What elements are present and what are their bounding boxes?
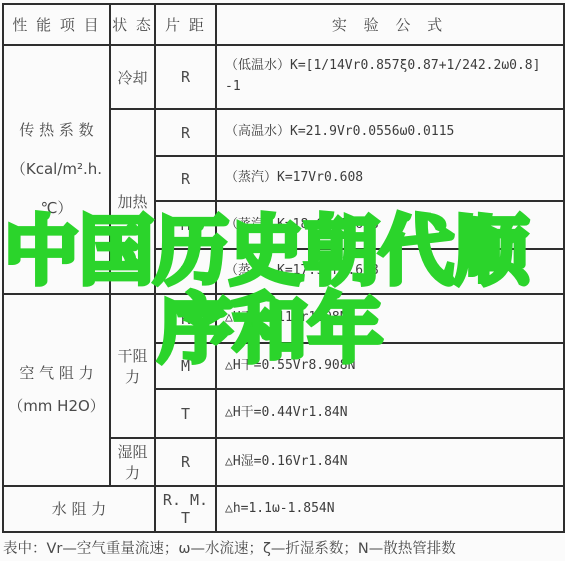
formula-low-temp-water: （低温水）K=[1/14Vr0.857ξ0.87+1/242.2ω0.8] -1 (216, 45, 564, 109)
pitch-value: R (155, 45, 216, 109)
item-air-resistance: 空 气 阻 力 （mm H2O） (3, 294, 110, 486)
pitch-value: R (155, 156, 216, 201)
header-experiment-formula: 实 验 公 式 (216, 4, 564, 45)
pitch-value: R. M. T (155, 486, 216, 532)
header-performance-items: 性 能 项 目 (3, 4, 110, 45)
watermark-text-line1: 中国历史朝代顺 (4, 212, 529, 290)
formula-steam-r: （蒸汽）K=17Vr0.608 (216, 156, 564, 201)
pitch-value: R (155, 438, 216, 486)
formula-wet-r: △H湿=0.16Vr1.84N (216, 438, 564, 486)
formula-water-resistance: △h=1.1ω-1.854N (216, 486, 564, 532)
table-row: 水 阻 力 R. M. T △h=1.1ω-1.854N (3, 486, 564, 532)
watermark-text-line2: 序和年 (158, 290, 383, 368)
formula-high-temp-water: （高温水）K=21.9Vr0.0556ω0.0115 (216, 109, 564, 156)
table-header-row: 性 能 项 目 状 态 片 距 实 验 公 式 (3, 4, 564, 45)
table-row: 传 热 系 数 （Kcal/m².h. ℃） 冷却 R （低温水）K=[1/14… (3, 45, 564, 109)
state-dry-resistance: 干阻力 (110, 294, 155, 438)
state-wet-resistance: 湿阻力 (110, 438, 155, 486)
item-water-resistance: 水 阻 力 (3, 486, 155, 532)
state-cooling: 冷却 (110, 45, 155, 109)
pitch-value: T (155, 389, 216, 438)
pitch-value: R (155, 109, 216, 156)
formula-dry-t: △H干=0.44Vr1.84N (216, 389, 564, 438)
header-fin-pitch: 片 距 (155, 4, 216, 45)
table-legend-note: 表中：Vr—空气重量流速；ω—水流速；ζ—折湿系数；N—散热管排数 (3, 537, 563, 558)
header-state: 状 态 (110, 4, 155, 45)
